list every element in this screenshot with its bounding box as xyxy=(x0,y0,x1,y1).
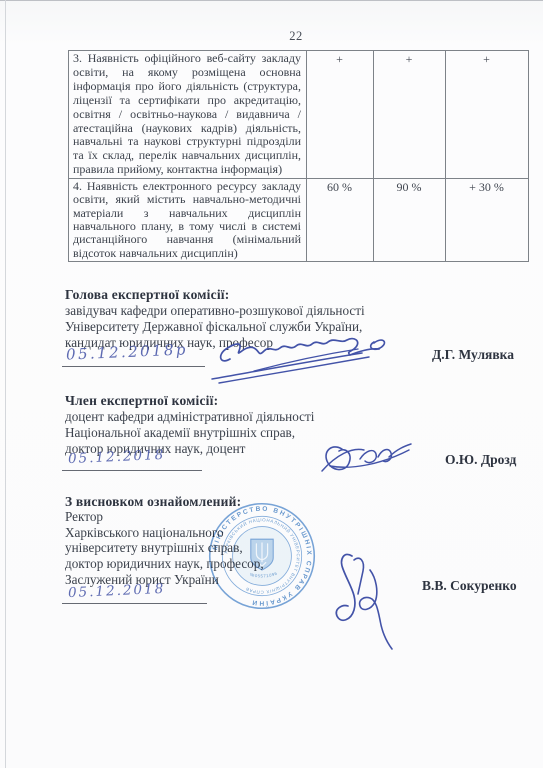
signature-underline xyxy=(62,366,205,367)
signatory-line: доцент кафедри адміністративної діяльнос… xyxy=(65,409,314,425)
trident-emblem xyxy=(251,539,273,570)
criteria-value: + xyxy=(374,51,446,179)
criteria-value: + xyxy=(307,51,374,179)
handwritten-date: 05.12.2018р xyxy=(66,340,189,363)
page-number: 22 xyxy=(0,29,543,44)
table-row: 3. Наявність офіційного веб-сайту заклад… xyxy=(69,51,529,179)
signatory-role-heading: Член експертної комісії: xyxy=(65,393,218,409)
signature-underline xyxy=(62,470,202,471)
criteria-table: 3. Наявність офіційного веб-сайту заклад… xyxy=(68,50,529,262)
criteria-text: 3. Наявність офіційного веб-сайту заклад… xyxy=(73,52,301,177)
signature-handwriting xyxy=(208,326,393,386)
signature-handwriting xyxy=(318,548,398,655)
signatory-name: Д.Г. Мулявка xyxy=(432,347,514,363)
signatory-line: Національної академії внутрішніх справ, xyxy=(65,425,314,441)
official-stamp: МІНІСТЕРСТВО ВНУТРІШНІХ СПРАВ УКРАЇНИ ХА… xyxy=(206,500,318,612)
handwritten-date: 05.12.2018 xyxy=(68,581,166,601)
signature-handwriting xyxy=(312,435,417,483)
criteria-value: 60 % xyxy=(307,179,374,262)
signature-underline xyxy=(62,603,207,604)
criteria-value: 90 % xyxy=(374,179,446,262)
scan-edge-top xyxy=(0,0,543,1)
scanned-document-page: 22 3. Наявність офіційного веб-сайту зак… xyxy=(0,0,543,768)
signatory-name: В.В. Сокуренко xyxy=(422,578,517,594)
criteria-value: + xyxy=(446,51,529,179)
criteria-text: 4. Наявність електронного ресурсу заклад… xyxy=(73,180,301,260)
handwritten-date: 05.12.2018 xyxy=(68,447,166,467)
signatory-line: завідувач кафедри оперативно-розшукової … xyxy=(65,303,365,319)
criteria-value: + 30 % xyxy=(446,179,529,262)
table-row: 4. Наявність електронного ресурсу заклад… xyxy=(69,179,529,262)
scan-edge-left xyxy=(5,0,6,768)
signatory-name: О.Ю. Дрозд xyxy=(445,452,516,468)
signatory-role-heading: Голова експертної комісії: xyxy=(65,287,229,303)
